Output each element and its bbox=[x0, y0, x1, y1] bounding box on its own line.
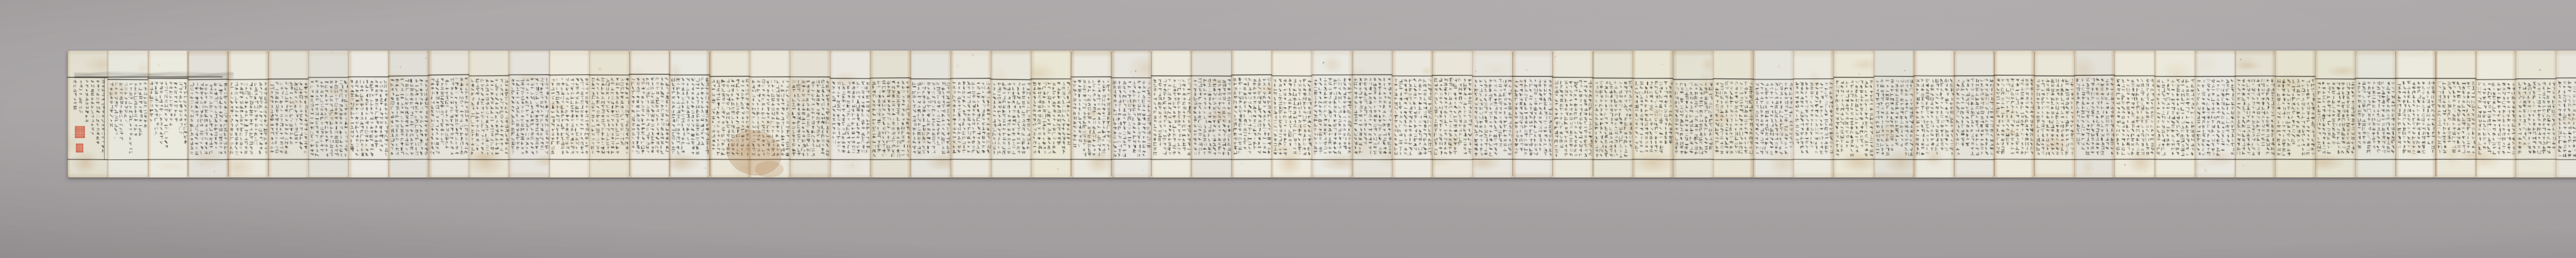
photo-backdrop: 大佛頂陀羅尼啓請 稽首光明大佛頂 如來萬行首楞嚴 大佛頂陀羅尼 bbox=[0, 0, 2576, 258]
colophon-lower-seal-icon bbox=[76, 143, 83, 153]
colophon-upper-seal-icon bbox=[75, 126, 85, 138]
dharani-handscroll bbox=[67, 51, 2576, 178]
calligraphy-canvas bbox=[67, 51, 2576, 178]
